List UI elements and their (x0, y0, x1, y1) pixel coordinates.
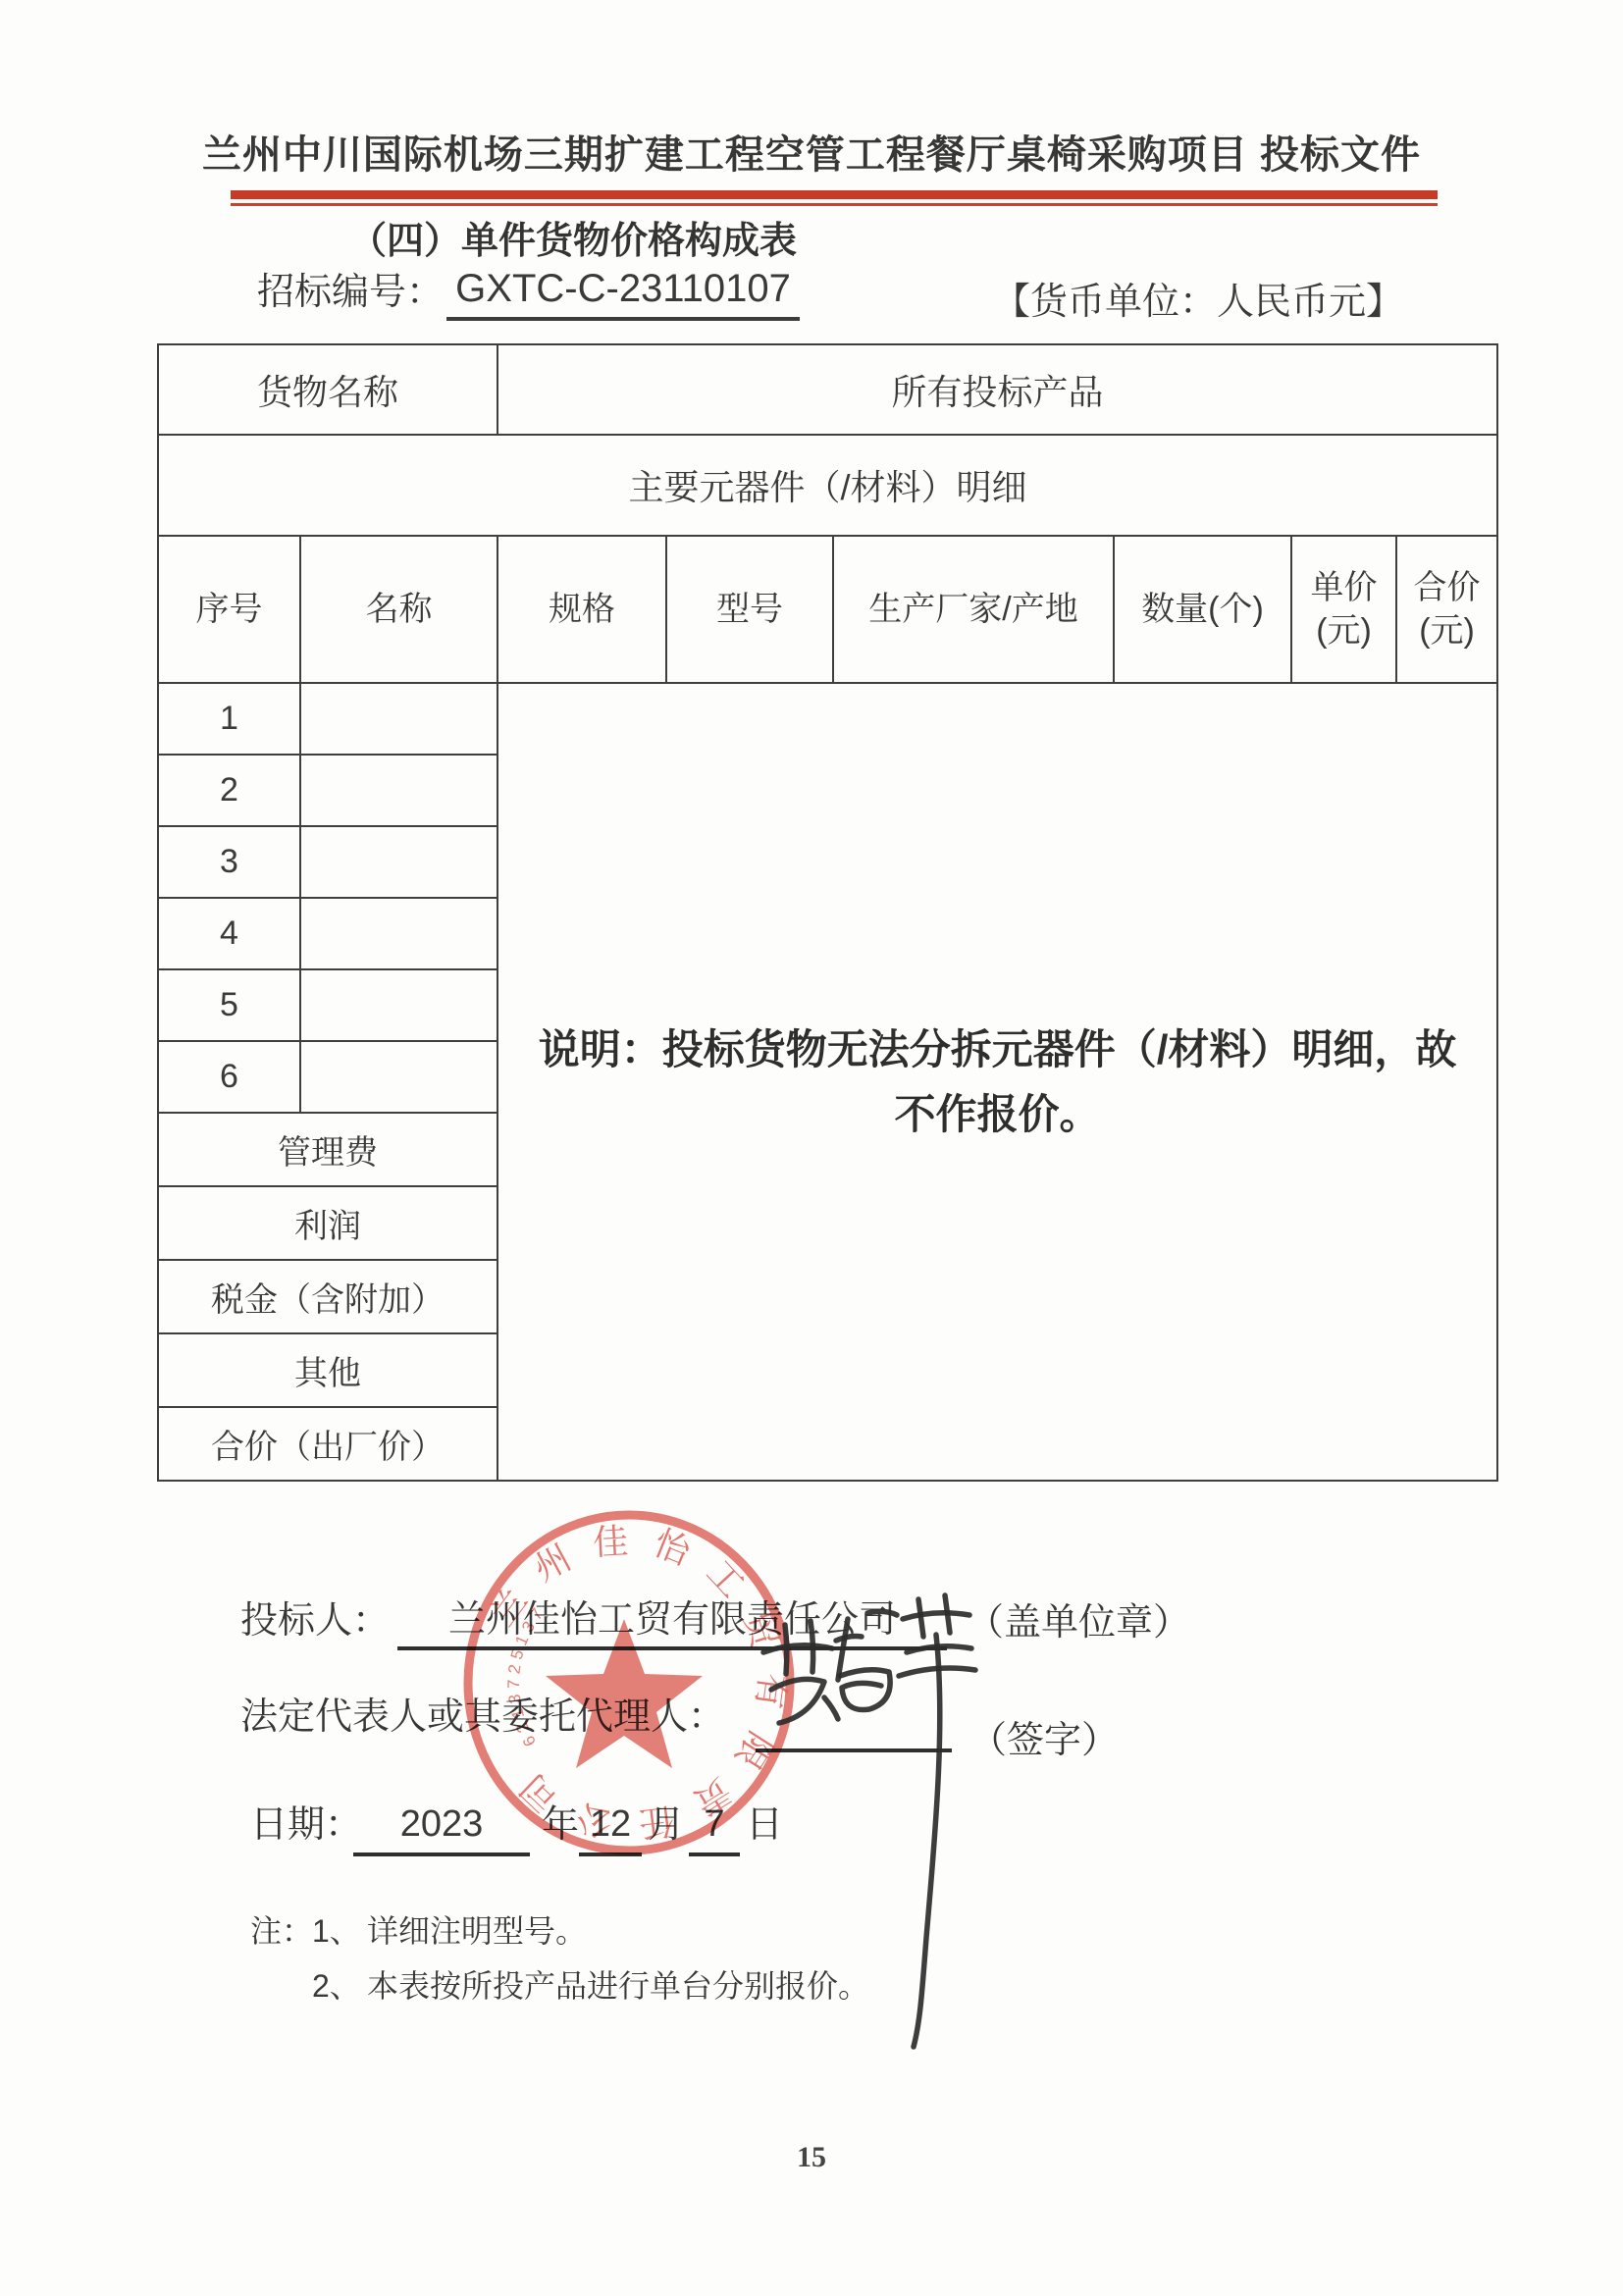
col-header-manufacturer: 生产厂家/产地 (833, 536, 1114, 683)
seal-ring (468, 1515, 790, 1851)
empty-name-cell (300, 898, 497, 969)
tender-number-label: 招标编号： (257, 271, 444, 314)
note-1-text: 详细注明型号。 (367, 1911, 587, 1951)
col-header-name: 名称 (300, 536, 497, 683)
header-divider-thin (231, 203, 1438, 206)
document-page: 兰州中川国际机场三期扩建工程空管工程餐厅桌椅采购项目 投标文件 （四）单件货物价… (0, 0, 1623, 2296)
goods-name-value: 所有投标产品 (497, 344, 1497, 435)
table-row-components-header: 主要元器件（/材料）明细 (158, 435, 1497, 536)
section-title: （四）单件货物价格构成表 (349, 210, 797, 264)
date-day-value: 7 (689, 1801, 740, 1856)
header-divider-thick (231, 190, 1438, 199)
table-row-goods-name: 货物名称 所有投标产品 (158, 344, 1497, 435)
sign-instruction-note: （签字） (969, 1719, 1119, 1762)
fee-label: 合价（出厂价） (158, 1407, 497, 1481)
fee-label: 其他 (158, 1333, 497, 1407)
bidder-company-name: 兰州佳怡工贸有限责任公司 (397, 1597, 947, 1650)
currency-unit-note: 【货币单位：人民币元】 (993, 271, 1403, 325)
fee-label: 利润 (158, 1186, 497, 1260)
table-row-1: 1 说明：投标货物无法分拆元器件（/材料）明细，故 不作报价。 (158, 683, 1497, 755)
row-number: 3 (158, 826, 300, 898)
date-year-value: 2023 (353, 1801, 530, 1856)
col-header-spec: 规格 (497, 536, 666, 683)
row-number: 5 (158, 969, 300, 1041)
empty-name-cell (300, 969, 497, 1041)
notes-prefix: 注： (250, 1911, 313, 1951)
note-2-text: 本表按所投产品进行单台分别报价。 (367, 1966, 869, 2006)
col-header-unit-price: 单价(元) (1291, 536, 1396, 683)
seal-company-text: 兰州佳怡工贸有限责任公司 (482, 1520, 793, 1848)
empty-name-cell (300, 1041, 497, 1113)
table-header-row: 序号 名称 规格 型号 生产厂家/产地 数量(个) 单价(元) 合价(元) (158, 536, 1497, 683)
month-suffix: 月 (648, 1803, 685, 1847)
col-header-quantity: 数量(个) (1114, 536, 1291, 683)
representative-label: 法定代表人或其委托代理人： (240, 1696, 725, 1739)
fee-label: 管理费 (158, 1113, 497, 1186)
col-header-total-price: 合价(元) (1396, 536, 1497, 683)
row-number: 1 (158, 683, 300, 755)
row-number: 4 (158, 898, 300, 969)
row-number: 6 (158, 1041, 300, 1113)
col-header-model: 型号 (666, 536, 833, 683)
empty-name-cell (300, 755, 497, 826)
date-month-value: 12 (579, 1801, 642, 1856)
explanation-note: 说明：投标货物无法分拆元器件（/材料）明细，故 不作报价。 (498, 1018, 1496, 1147)
row-number: 2 (158, 755, 300, 826)
fee-label: 税金（含附加） (158, 1260, 497, 1333)
seal-instruction-note: （盖单位章） (967, 1601, 1190, 1644)
bidder-label: 投标人： (240, 1599, 390, 1643)
tender-number-value: GXTC-C-23110107 (446, 267, 800, 321)
components-detail-header: 主要元器件（/材料）明细 (158, 435, 1497, 536)
signature-line (756, 1696, 952, 1752)
note-2-number: 2、 (312, 1966, 361, 2006)
day-suffix: 日 (746, 1803, 783, 1847)
document-header-title: 兰州中川国际机场三期扩建工程空管工程餐厅桌椅采购项目 投标文件 (0, 124, 1623, 180)
empty-name-cell (300, 683, 497, 755)
note-1-number: 1、 (312, 1911, 361, 1951)
goods-name-label: 货物名称 (158, 344, 497, 435)
year-suffix: 年 (542, 1803, 579, 1847)
price-composition-table: 货物名称 所有投标产品 主要元器件（/材料）明细 序号 名称 规格 型号 生产厂… (157, 343, 1498, 1482)
explanation-cell: 说明：投标货物无法分拆元器件（/材料）明细，故 不作报价。 (497, 683, 1497, 1481)
date-label: 日期： (250, 1803, 362, 1847)
col-header-index: 序号 (158, 536, 300, 683)
empty-name-cell (300, 826, 497, 898)
page-number: 15 (0, 2141, 1623, 2174)
